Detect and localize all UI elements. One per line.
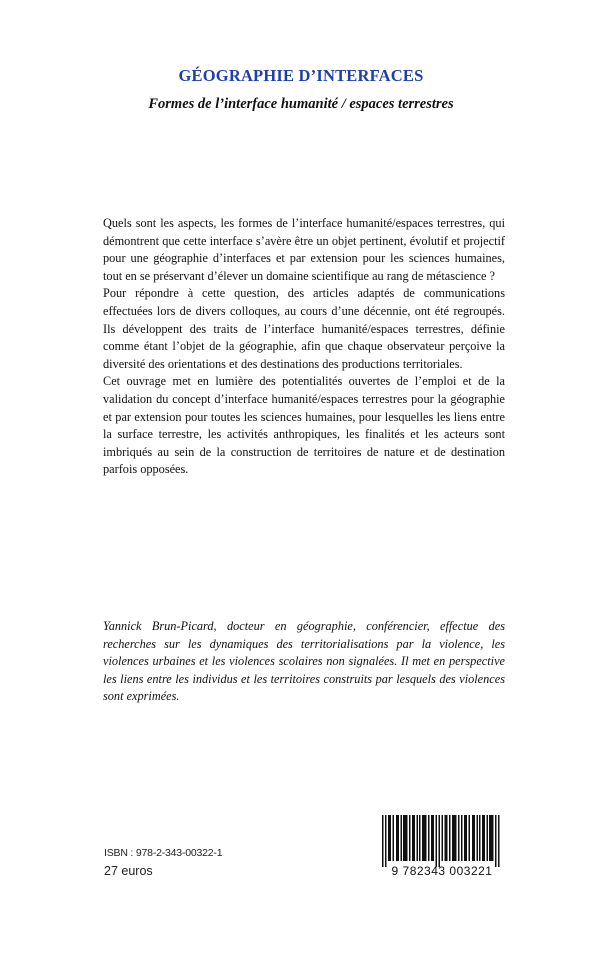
summary-paragraph: Pour répondre à cette question, des arti… — [103, 285, 505, 373]
author-bio-text: Yannick Brun-Picard, docteur en géograph… — [103, 618, 505, 706]
isbn: ISBN : 978-2-343-00322-1 — [104, 847, 222, 859]
book-title: GÉOGRAPHIE D’INTERFACES — [0, 66, 602, 86]
summary-paragraph: Quels sont les aspects, les formes de l’… — [103, 215, 505, 285]
author-bio: Yannick Brun-Picard, docteur en géograph… — [103, 618, 505, 706]
book-subtitle: Formes de l’interface humanité / espaces… — [0, 96, 602, 113]
summary-paragraph: Cet ouvrage met en lumière des potential… — [103, 373, 505, 479]
barcode-icon: 9 782343 003221 — [376, 815, 508, 877]
summary: Quels sont les aspects, les formes de l’… — [103, 215, 505, 479]
price: 27 euros — [104, 864, 153, 878]
barcode-digits: 9 782343 003221 — [392, 864, 493, 877]
